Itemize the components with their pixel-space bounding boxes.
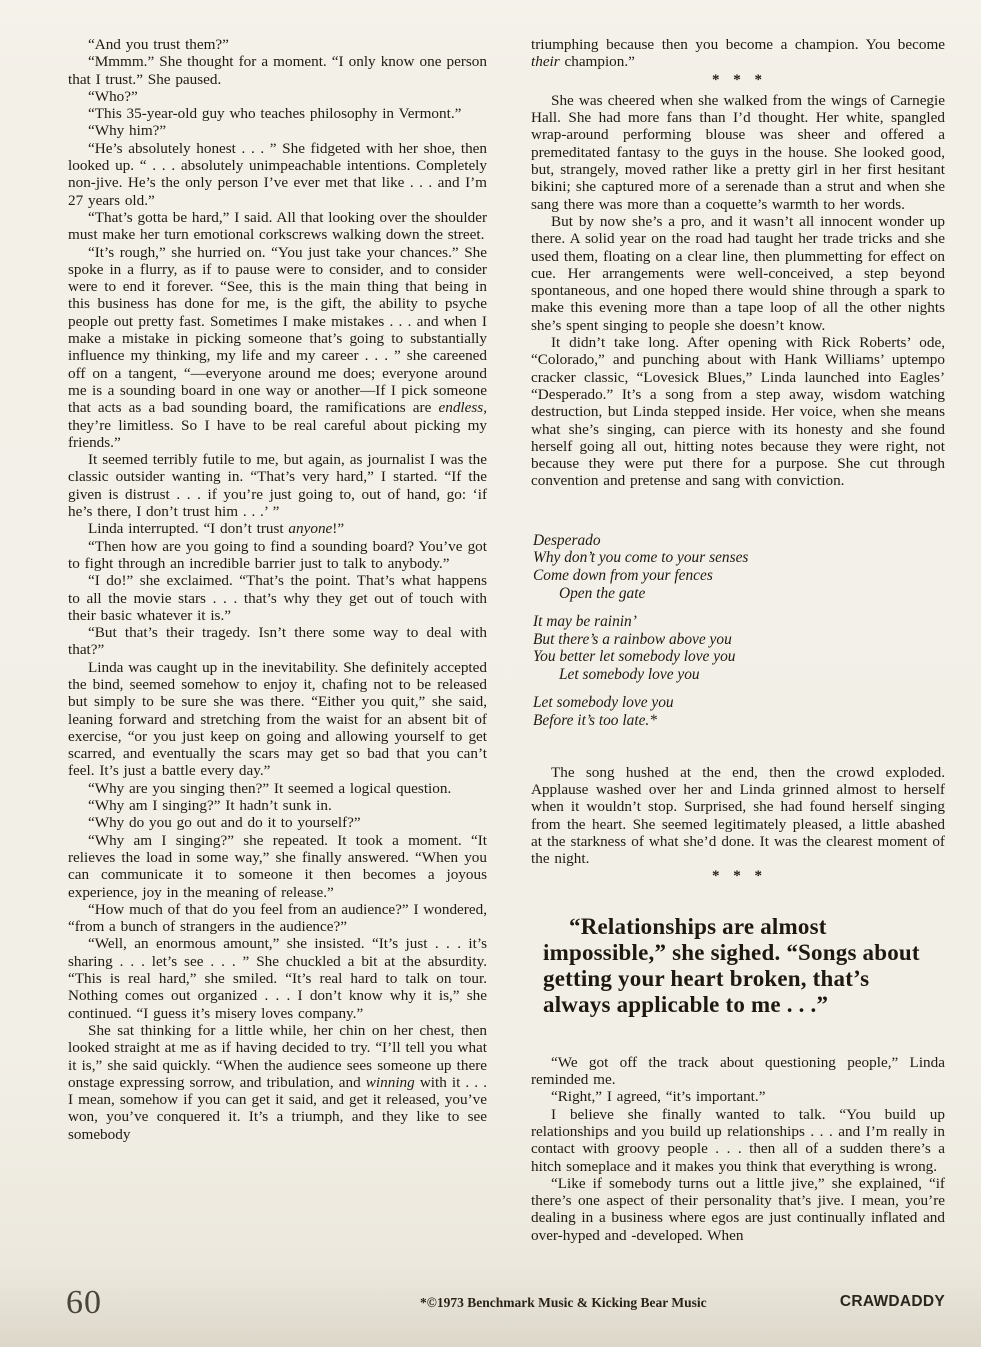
paragraph: She was cheered when she walked from the… [531, 92, 945, 213]
paragraph: “He’s absolutely honest . . . ” She fidg… [68, 140, 487, 209]
paragraph: She sat thinking for a little while, her… [68, 1022, 487, 1143]
lyric-line: But there’s a rainbow above you [533, 631, 945, 649]
lyric-line: Come down from your fences [533, 567, 945, 585]
paragraph: “And you trust them?” [68, 36, 487, 53]
lyric-stanza: It may be rainin’But there’s a rainbow a… [533, 613, 945, 683]
section-separator: * * * [531, 868, 945, 885]
paragraph: “Then how are you going to find a soundi… [68, 538, 487, 573]
paragraph: Linda was caught up in the inevitability… [68, 659, 487, 780]
paragraph: It didn’t take long. After opening with … [531, 334, 945, 490]
magazine-page: “And you trust them?”“Mmmm.” She thought… [0, 0, 981, 1347]
paragraph: “We got off the track about questioning … [531, 1054, 945, 1089]
paragraph: “Why am I singing?” she repeated. It too… [68, 832, 487, 901]
paragraph: Linda interrupted. “I don’t trust anyone… [68, 520, 487, 537]
paragraph: The song hushed at the end, then the cro… [531, 764, 945, 868]
lyric-stanza: Let somebody love youBefore it’s too lat… [533, 694, 945, 729]
paragraph: But by now she’s a pro, and it wasn’t al… [531, 213, 945, 334]
left-column: “And you trust them?”“Mmmm.” She thought… [68, 36, 487, 1244]
lyric-stanza: DesperadoWhy don’t you come to your sens… [533, 532, 945, 602]
right-column: triumphing because then you become a cha… [531, 36, 945, 1244]
paragraph: It seemed terribly futile to me, but aga… [68, 451, 487, 520]
paragraph: “Like if somebody turns out a little jiv… [531, 1175, 945, 1244]
paragraph: “How much of that do you feel from an au… [68, 901, 487, 936]
lyric-line: Let somebody love you [533, 666, 945, 684]
paragraph: “But that’s their tragedy. Isn’t there s… [68, 624, 487, 659]
paragraph: “That’s gotta be hard,” I said. All that… [68, 209, 487, 244]
article-body: “And you trust them?”“Mmmm.” She thought… [68, 36, 945, 1244]
page-number: 60 [66, 1284, 102, 1322]
paragraph: “I do!” she exclaimed. “That’s the point… [68, 572, 487, 624]
lyric-line: It may be rainin’ [533, 613, 945, 631]
paragraph: “Why are you singing then?” It seemed a … [68, 780, 487, 797]
paragraph: “Right,” I agreed, “it’s important.” [531, 1088, 945, 1105]
lyric-line: Why don’t you come to your senses [533, 549, 945, 567]
paragraph: “Mmmm.” She thought for a moment. “I onl… [68, 53, 487, 88]
paragraph: “Why am I singing?” It hadn’t sunk in. [68, 797, 487, 814]
song-lyrics: DesperadoWhy don’t you come to your sens… [533, 532, 945, 730]
copyright-credit: *©1973 Benchmark Music & Kicking Bear Mu… [420, 1295, 707, 1311]
page-footer: 60 *©1973 Benchmark Music & Kicking Bear… [0, 1284, 981, 1334]
lyric-line: You better let somebody love you [533, 648, 945, 666]
lyric-line: Before it’s too late.* [533, 712, 945, 730]
paragraph: “Why do you go out and do it to yourself… [68, 814, 487, 831]
lyric-line: Let somebody love you [533, 694, 945, 712]
paragraph: triumphing because then you become a cha… [531, 36, 945, 71]
paragraph: “Why him?” [68, 122, 487, 139]
magazine-name: CRAWDADDY [840, 1293, 945, 1311]
pull-quote: “Relationships are almost impossible,” s… [543, 914, 931, 1018]
lyric-line: Open the gate [533, 585, 945, 603]
paragraph: “Who?” [68, 88, 487, 105]
section-separator: * * * [531, 72, 945, 89]
lyric-line: Desperado [533, 532, 945, 550]
paragraph: “It’s rough,” she hurried on. “You just … [68, 244, 487, 452]
paragraph: “This 35-year-old guy who teaches philos… [68, 105, 487, 122]
paragraph: “Well, an enormous amount,” she insisted… [68, 935, 487, 1021]
paragraph: I believe she finally wanted to talk. “Y… [531, 1106, 945, 1175]
